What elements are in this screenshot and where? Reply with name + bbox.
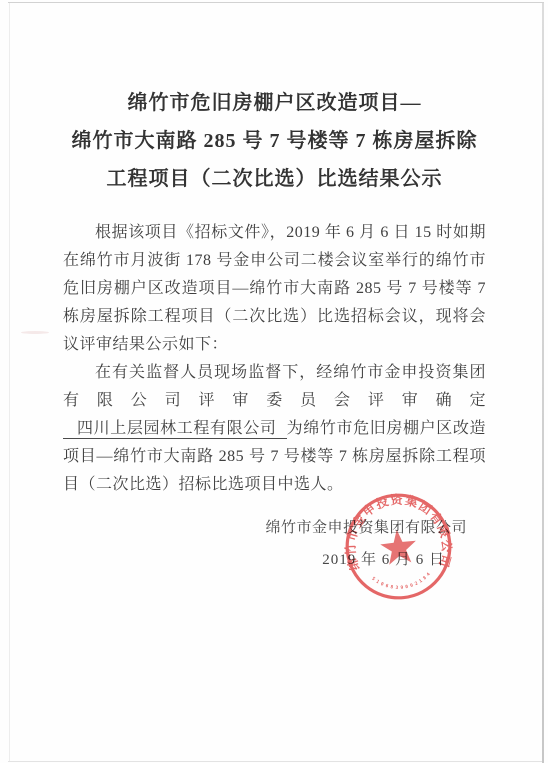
paragraph-2-lead: 在有关监督人员现场监督下，经绵竹市金申投资集团有限公司评审委员会评审确定 [63,364,486,409]
paragraph-1: 根据该项目《招标文件》，2019 年 6 月 6 日 15 时如期在绵竹市月波街… [63,219,486,359]
title-line-3: 工程项目（二次比选）比选结果公示 [63,160,486,198]
paragraph-2: 在有关监督人员现场监督下，经绵竹市金申投资集团有限公司评审委员会评审确定四川上层… [63,359,486,499]
company-seal-stamp: 绵竹市金申投资集团有限公司 5106839002184 [336,484,460,608]
document-body: 绵竹市危旧房棚户区改造项目— 绵竹市大南路 285 号 7 号楼等 7 栋房屋拆… [63,84,486,499]
title-line-1: 绵竹市危旧房棚户区改造项目— [63,84,486,122]
scan-edge-right [542,3,544,763]
document-title: 绵竹市危旧房棚户区改造项目— 绵竹市大南路 285 号 7 号楼等 7 栋房屋拆… [63,84,486,198]
notice-text: 根据该项目《招标文件》，2019 年 6 月 6 日 15 时如期在绵竹市月波街… [63,219,486,499]
seal-star-icon [379,528,418,566]
winner-company-underlined: 四川上层园林工程有限公司 [63,420,287,439]
scan-smudge [21,331,49,334]
title-line-2: 绵竹市大南路 285 号 7 号楼等 7 栋房屋拆除 [63,122,486,160]
scan-edge-bottom [8,761,542,762]
scanned-notice-page: 绵竹市危旧房棚户区改造项目— 绵竹市大南路 285 号 7 号楼等 7 栋房屋拆… [0,0,548,763]
scan-edge-top [8,2,544,3]
scan-edge-left [9,3,10,761]
